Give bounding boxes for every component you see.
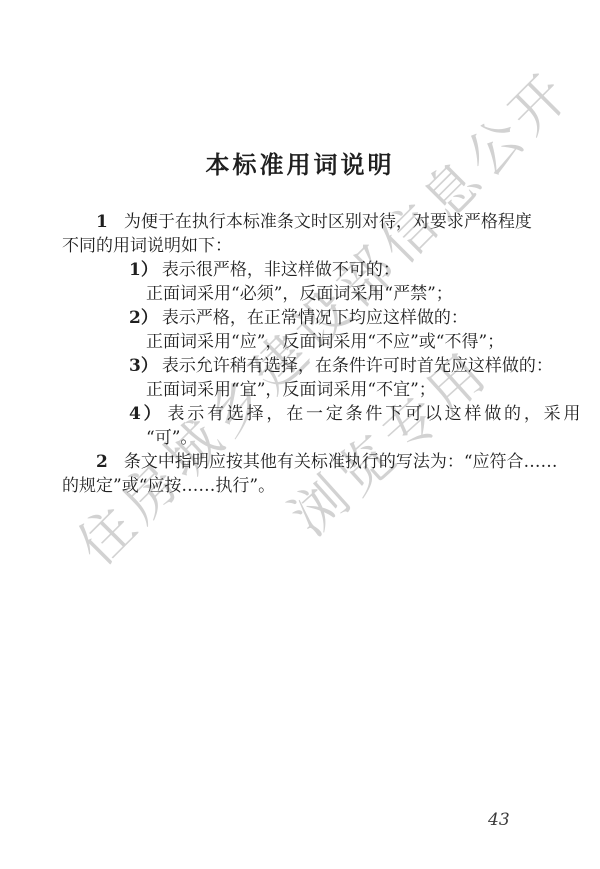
paragraph-1-line-2: 不同的用词说明如下： <box>62 234 544 258</box>
list-item-text: 正面词采用“必须”，反面词采用“严禁”； <box>146 284 453 304</box>
list-item-3-body: 正面词采用“宜”，反面词采用“不宜”； <box>62 378 544 402</box>
paragraph-text: 条文中指明应按其他有关标准执行的写法为：“应符合…… <box>124 452 558 472</box>
list-item-text: “可”。 <box>146 428 197 448</box>
list-item-text: 表示很严格，非这样做不可的： <box>162 260 400 280</box>
list-item-number: 4） <box>129 404 163 424</box>
list-item-2-body: 正面词采用“应”，反面词采用“不应”或“不得”； <box>62 330 544 354</box>
paragraph-2-line-2: 的规定”或“应按……执行”。 <box>62 474 544 498</box>
paragraph-text: 为便于在执行本标准条文时区别对待，对要求严格程度 <box>124 212 532 232</box>
paragraph-number: 2 <box>96 452 108 472</box>
list-item-text: 表示严格，在正常情况下均应这样做的： <box>162 308 468 328</box>
list-item-4-body: “可”。 <box>62 426 544 450</box>
list-item-text: 正面词采用“宜”，反面词采用“不宜”； <box>146 380 436 400</box>
list-item-text: 表示有选择，在一定条件下可以这样做的，采用 <box>167 404 583 424</box>
list-item-number: 3） <box>129 356 158 376</box>
paragraph-text: 的规定”或“应按……执行”。 <box>62 476 275 496</box>
document-body: 1为便于在执行本标准条文时区别对待，对要求严格程度 不同的用词说明如下： 1）表… <box>62 210 544 498</box>
page-number: 43 <box>488 810 510 830</box>
list-item-4-head: 4）表示有选择，在一定条件下可以这样做的，采用 <box>62 402 544 426</box>
list-item-text: 正面词采用“应”，反面词采用“不应”或“不得”； <box>146 332 504 352</box>
paragraph-number: 1 <box>96 212 108 232</box>
list-item-2-head: 2）表示严格，在正常情况下均应这样做的： <box>62 306 544 330</box>
paragraph-1-line-1: 1为便于在执行本标准条文时区别对待，对要求严格程度 <box>62 210 544 234</box>
list-item-number: 2） <box>129 308 158 328</box>
paragraph-2-line-1: 2条文中指明应按其他有关标准执行的写法为：“应符合…… <box>62 450 544 474</box>
list-item-number: 1） <box>129 260 158 280</box>
list-item-1-head: 1）表示很严格，非这样做不可的： <box>62 258 544 282</box>
document-page: 住房城乡建设部信息公开 浏览专用 本标准用词说明 1为便于在执行本标准条文时区别… <box>0 0 600 869</box>
paragraph-text: 不同的用词说明如下： <box>62 236 232 256</box>
list-item-1-body: 正面词采用“必须”，反面词采用“严禁”； <box>62 282 544 306</box>
list-item-3-head: 3）表示允许稍有选择，在条件许可时首先应这样做的： <box>62 354 544 378</box>
list-item-text: 表示允许稍有选择，在条件许可时首先应这样做的： <box>162 356 553 376</box>
page-title: 本标准用词说明 <box>0 145 600 180</box>
